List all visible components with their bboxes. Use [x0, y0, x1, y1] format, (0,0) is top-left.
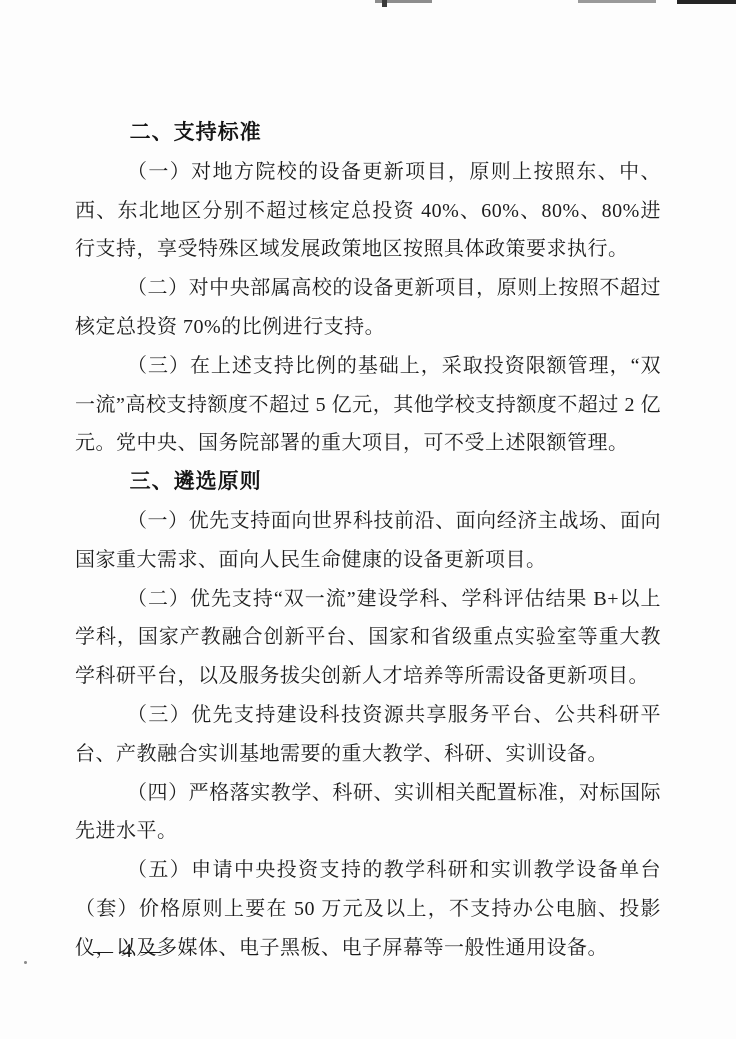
paragraph: （一）优先支持面向世界科技前沿、面向经济主战场、面向国家重大需求、面向人民生命健…	[75, 502, 661, 580]
section-heading: 三、遴选原则	[75, 463, 661, 502]
paragraph: （一）对地方院校的设备更新项目，原则上按照东、中、西、东北地区分别不超过核定总投…	[75, 153, 661, 269]
paragraph: （三）在上述支持比例的基础上，采取投资限额管理，“双一流”高校支持额度不超过 5…	[75, 347, 661, 463]
paragraph: （三）优先支持建设科技资源共享服务平台、公共科研平台、产教融合实训基地需要的重大…	[75, 696, 661, 774]
section-selection-principles: 三、遴选原则 （一）优先支持面向世界科技前沿、面向经济主战场、面向国家重大需求、…	[75, 463, 661, 967]
scanned-document-page: { "document": { "sections": [ { "heading…	[0, 0, 736, 1039]
scan-artifact-top-bar-mid	[578, 0, 656, 3]
scan-artifact-speck	[24, 961, 27, 964]
paragraph: （四）严格落实教学、科研、实训相关配置标准，对标国际先进水平。	[75, 774, 661, 852]
scan-artifact-top-bar-left	[375, 0, 432, 3]
scan-artifact-top-tick	[382, 0, 387, 7]
document-body: 二、支持标准 （一）对地方院校的设备更新项目，原则上按照东、中、西、东北地区分别…	[75, 114, 661, 968]
paragraph: （二）对中央部属高校的设备更新项目，原则上按照不超过核定总投资 70%的比例进行…	[75, 269, 661, 347]
section-support-standards: 二、支持标准 （一）对地方院校的设备更新项目，原则上按照东、中、西、东北地区分别…	[75, 114, 661, 463]
paragraph: （二）优先支持“双一流”建设学科、学科评估结果 B+以上学科，国家产教融合创新平…	[75, 580, 661, 696]
page-number: — 4 —	[93, 940, 163, 963]
scan-artifact-top-bar-right	[677, 0, 736, 4]
section-heading: 二、支持标准	[75, 114, 661, 153]
